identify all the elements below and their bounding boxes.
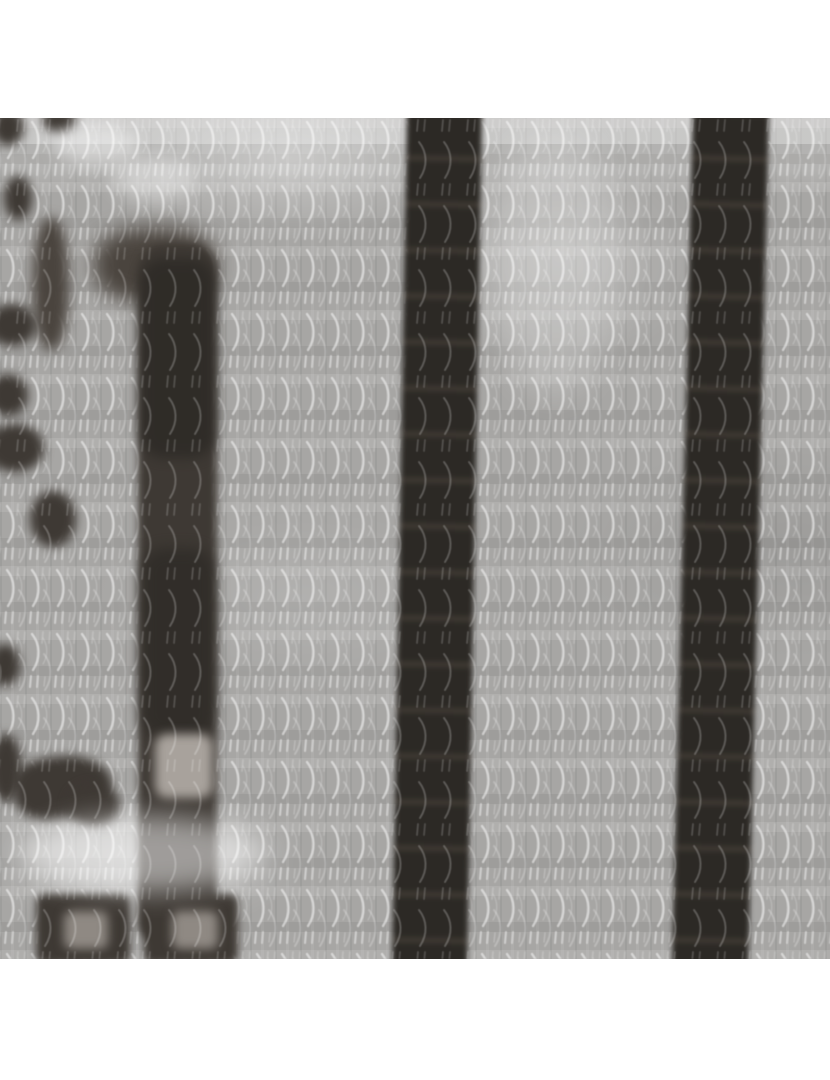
letterbox-top [0,0,830,118]
photo-content [0,118,830,959]
knit-texture-over [0,118,830,959]
letterbox-bottom [0,959,830,1080]
fabric-photo [0,0,830,1080]
